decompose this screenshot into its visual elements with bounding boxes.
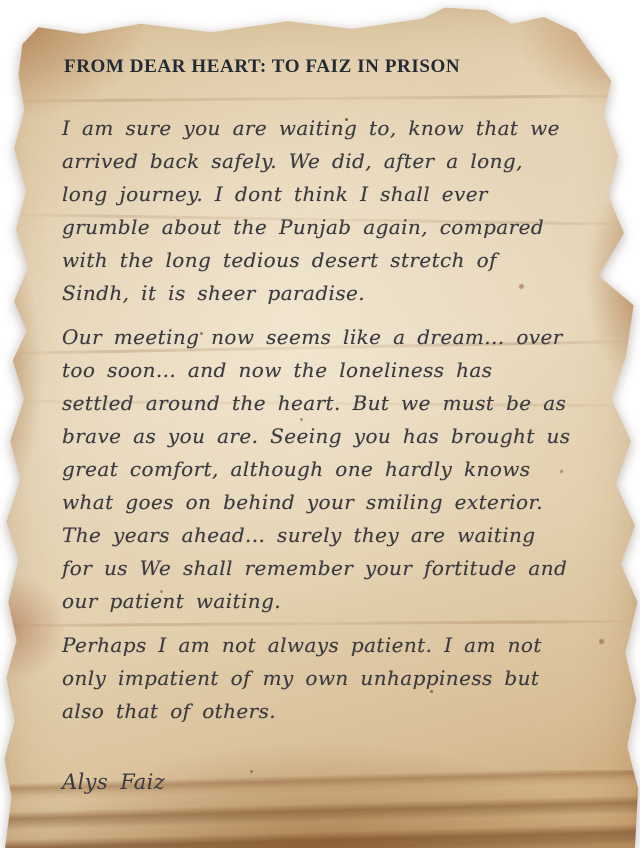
aged-paper-wrapper: FROM DEAR HEART: TO FAIZ IN PRISON I am … xyxy=(0,0,640,848)
letter-paragraph: I am sure you are waiting to, know that … xyxy=(62,112,576,310)
signature: Alys Faiz xyxy=(62,766,576,799)
letter-paragraph: Our meeting now seems like a dream... ov… xyxy=(62,321,576,618)
aged-paper: FROM DEAR HEART: TO FAIZ IN PRISON I am … xyxy=(0,0,640,848)
letter-photo: FROM DEAR HEART: TO FAIZ IN PRISON I am … xyxy=(0,0,640,848)
letter-paragraph: Perhaps I am not always patient. I am no… xyxy=(62,629,576,728)
paper-crease-line xyxy=(0,94,640,103)
letter-title: FROM DEAR HEART: TO FAIZ IN PRISON xyxy=(64,56,460,78)
paper-speckles xyxy=(0,0,3,3)
letter-body: I am sure you are waiting to, know that … xyxy=(62,112,576,799)
